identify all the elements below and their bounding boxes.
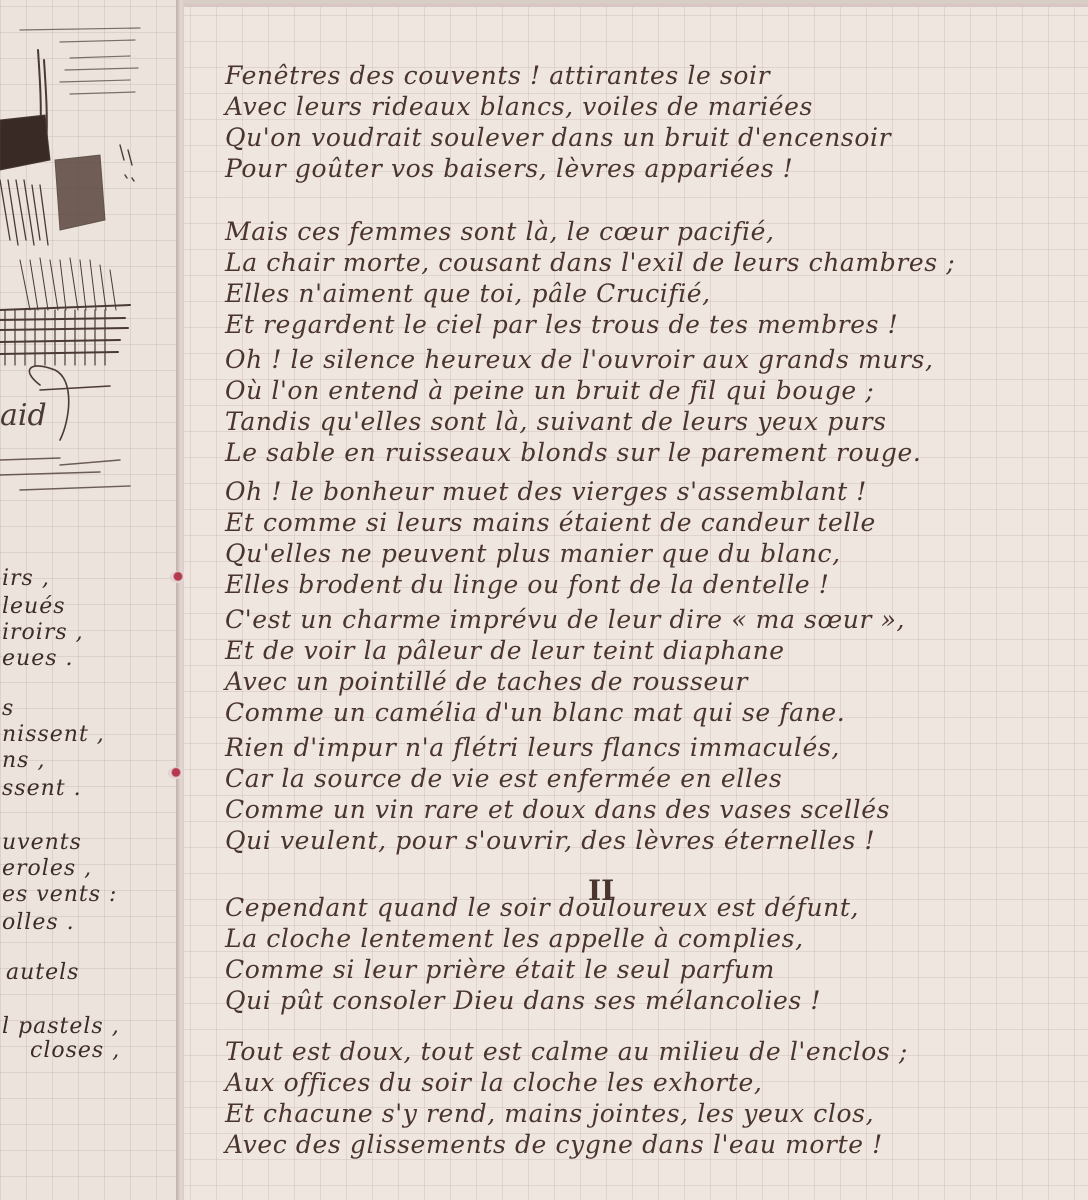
- verse-line: Où l'on entend à peine un bruit de fil q…: [225, 375, 934, 406]
- stanza: Rien d'impur n'a flétri leurs flancs imm…: [225, 732, 890, 856]
- verse-line: Elles n'aiment que toi, pâle Crucifié,: [225, 278, 955, 309]
- verse-line: Comme si leur prière était le seul parfu…: [225, 954, 859, 985]
- verse-line: Tandis qu'elles sont là, suivant de leur…: [225, 406, 934, 437]
- verse-line: Et de voir la pâleur de leur teint diaph…: [225, 635, 905, 666]
- verse-line: Rien d'impur n'a flétri leurs flancs imm…: [225, 732, 890, 763]
- left-page: aid irs , leués iroirs , eues . s nissen…: [0, 0, 177, 1200]
- verse-line: Car la source de vie est enfermée en ell…: [225, 763, 890, 794]
- verse-line: La chair morte, cousant dans l'exil de l…: [225, 247, 955, 278]
- verse-line: Et chacune s'y rend, mains jointes, les …: [225, 1098, 908, 1129]
- left-fragment: l pastels ,: [2, 1014, 120, 1039]
- verse-line: Le sable en ruisseaux blonds sur le pare…: [225, 437, 934, 468]
- left-fragment: es vents :: [2, 882, 117, 907]
- verse-line: Avec leurs rideaux blancs, voiles de mar…: [225, 91, 891, 122]
- verse-line: Oh ! le silence heureux de l'ouvroir aux…: [225, 344, 934, 375]
- verse-line: Comme un vin rare et doux dans des vases…: [225, 794, 890, 825]
- left-fragment: uvents: [2, 830, 82, 855]
- stanza: C'est un charme imprévu de leur dire « m…: [225, 604, 905, 728]
- notebook-spread: aid irs , leués iroirs , eues . s nissen…: [0, 0, 1088, 1200]
- ink-sketch-landscape: aid: [0, 20, 150, 510]
- verse-line: Qui pût consoler Dieu dans ses mélancoli…: [225, 985, 859, 1016]
- stanza: Oh ! le bonheur muet des vierges s'assem…: [225, 476, 876, 600]
- left-fragment: closes ,: [30, 1038, 120, 1063]
- verse-line: Et comme si leurs mains étaient de cande…: [225, 507, 876, 538]
- section-numeral: II: [588, 874, 614, 907]
- left-fragment: autels: [6, 960, 79, 985]
- left-fragment: nissent ,: [2, 722, 105, 747]
- stanza: Oh ! le silence heureux de l'ouvroir aux…: [225, 344, 934, 468]
- left-fragment: ssent .: [2, 776, 82, 801]
- verse-line: Fenêtres des couvents ! attirantes le so…: [225, 60, 891, 91]
- left-fragment: irs ,: [2, 566, 50, 591]
- left-fragment: s: [2, 696, 14, 721]
- svg-text:aid: aid: [0, 398, 47, 433]
- verse-line: Qu'elles ne peuvent plus manier que du b…: [225, 538, 876, 569]
- verse-line: Avec un pointillé de taches de rousseur: [225, 666, 905, 697]
- stanza: Cependant quand le soir douloureux est d…: [225, 892, 859, 1016]
- left-fragment: olles .: [2, 910, 75, 935]
- verse-line: Qu'on voudrait soulever dans un bruit d'…: [225, 122, 891, 153]
- verse-line: Et regardent le ciel par les trous de te…: [225, 309, 955, 340]
- verse-line: Avec des glissements de cygne dans l'eau…: [225, 1129, 908, 1160]
- verse-line: Cependant quand le soir douloureux est d…: [225, 892, 859, 923]
- verse-line: Mais ces femmes sont là, le cœur pacifié…: [225, 216, 955, 247]
- left-fragment: ns ,: [2, 748, 45, 773]
- left-fragment: eroles ,: [2, 856, 92, 881]
- verse-line: Oh ! le bonheur muet des vierges s'assem…: [225, 476, 876, 507]
- left-fragment: leués: [2, 594, 66, 619]
- stanza: Mais ces femmes sont là, le cœur pacifié…: [225, 216, 955, 340]
- verse-line: Tout est doux, tout est calme au milieu …: [225, 1036, 908, 1067]
- binding-stitch: [168, 767, 184, 779]
- verse-line: C'est un charme imprévu de leur dire « m…: [225, 604, 905, 635]
- verse-line: Qui veulent, pour s'ouvrir, des lèvres é…: [225, 825, 890, 856]
- stanza: Fenêtres des couvents ! attirantes le so…: [225, 60, 891, 184]
- stanza: Tout est doux, tout est calme au milieu …: [225, 1036, 908, 1160]
- left-fragment: eues .: [2, 646, 73, 671]
- verse-line: Comme un camélia d'un blanc mat qui se f…: [225, 697, 905, 728]
- verse-line: La cloche lentement les appelle à compli…: [225, 923, 859, 954]
- verse-line: Aux offices du soir la cloche les exhort…: [225, 1067, 908, 1098]
- left-fragment: iroirs ,: [2, 620, 84, 645]
- binding-gutter: [176, 0, 184, 1200]
- verse-line: Pour goûter vos baisers, lèvres appariée…: [225, 153, 891, 184]
- verse-line: Elles brodent du linge ou font de la den…: [225, 569, 876, 600]
